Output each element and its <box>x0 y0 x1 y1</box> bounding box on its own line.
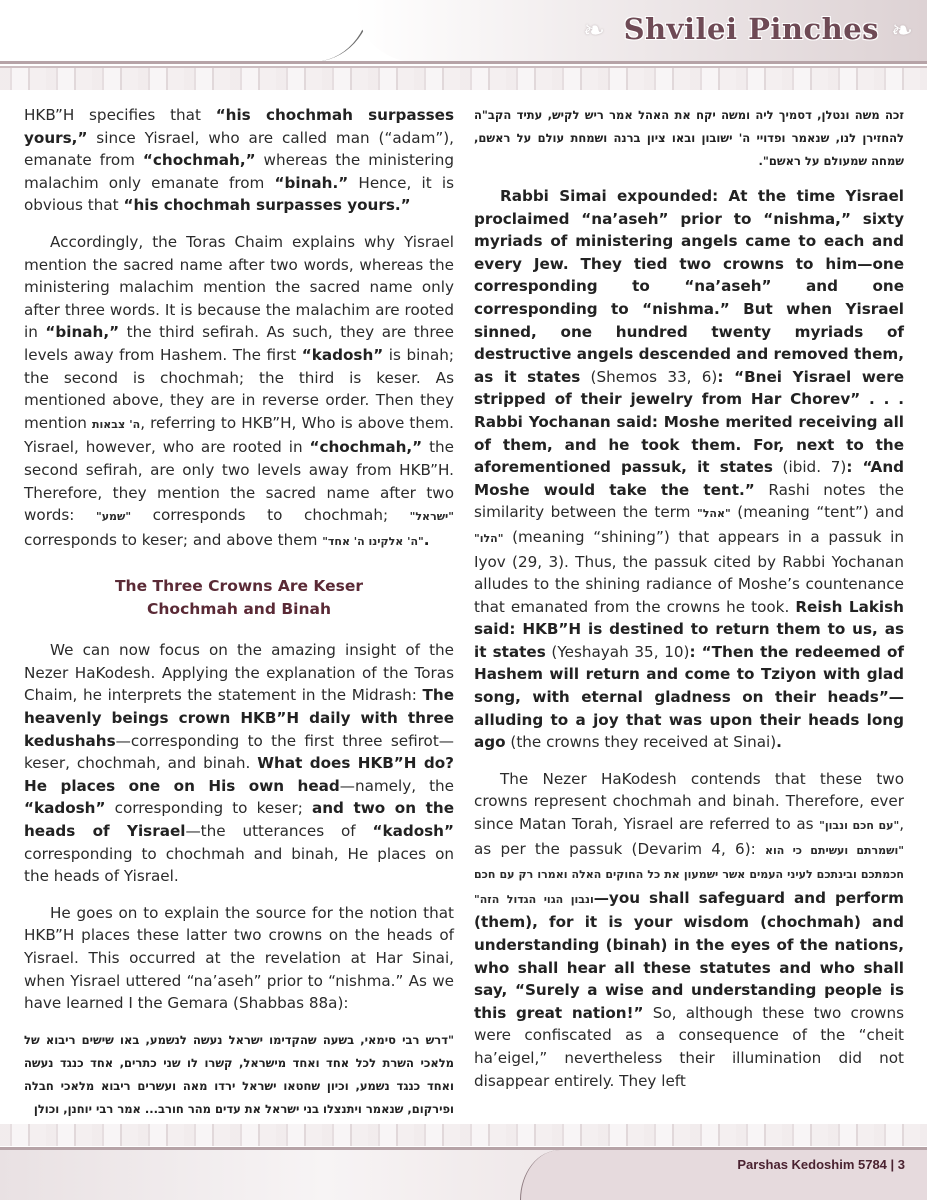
hebrew-text: "אהל" <box>697 507 731 520</box>
bold-text: “binah.” <box>275 174 349 192</box>
bold-text: “his chochmah surpasses yours.” <box>123 196 410 214</box>
publication-title: Shvilei Pinches <box>624 12 879 46</box>
footer-ornament-border <box>0 1124 927 1146</box>
swirl-ornament-icon: ❧ <box>891 16 913 46</box>
text: corresponding to keser; <box>105 799 311 817</box>
text: We can now focus on the amazing insight … <box>24 641 454 704</box>
text: corresponds to keser; and above them <box>24 531 322 549</box>
right-column: זכה משה ונטלן, דסמיך ליה ומשה יקח את האה… <box>474 104 904 1106</box>
text: (meaning “tent”) and <box>731 503 904 521</box>
bold-text: . <box>776 733 782 751</box>
page-header: ❧ Shvilei Pinches ❧ <box>0 0 927 100</box>
bold-text: Rabbi Simai expounded: At the time Yisra… <box>474 187 904 386</box>
bold-text: “kadosh” <box>302 346 383 364</box>
paragraph: The Nezer HaKodesh contends that these t… <box>474 768 904 1092</box>
hebrew-quote: "דרש רבי סימאי, בשעה שהקדימו ישראל נעשה … <box>24 1029 454 1121</box>
header-ornament-border <box>0 68 927 90</box>
bold-text: “binah,” <box>45 323 119 341</box>
page-footer-label: Parshas Kedoshim 5784 | 3 <box>737 1157 905 1172</box>
text: (the crowns they received at Sinai) <box>506 733 777 751</box>
hebrew-text: "שמע" <box>96 510 131 523</box>
bold-text: —you shall safeguard and perform (them),… <box>474 889 904 1022</box>
paragraph: He goes on to explain the source for the… <box>24 902 454 1015</box>
left-column: HKB”H specifies that “his chochmah surpa… <box>24 104 454 1133</box>
bold-text: “chochmah,” <box>143 151 256 169</box>
citation: (Yeshayah 35, 10) <box>546 643 690 661</box>
bold-text: “kadosh” <box>24 799 105 817</box>
hebrew-text: "הלו" <box>474 532 503 545</box>
text: —the utterances of <box>185 822 372 840</box>
section-heading-line: The Three Crowns Are Keser <box>24 575 454 598</box>
citation: (ibid. 7) <box>773 458 846 476</box>
text: —namely, the <box>340 777 454 795</box>
section-heading-line: Chochmah and Binah <box>24 598 454 621</box>
hebrew-text: ה' צבאות <box>92 418 140 431</box>
text: corresponds to chochmah; <box>131 506 410 524</box>
paragraph: We can now focus on the amazing insight … <box>24 639 454 888</box>
text: . <box>424 531 430 549</box>
paragraph: Accordingly, the Toras Chaim explains wh… <box>24 231 454 553</box>
section-heading: The Three Crowns Are Keser Chochmah and … <box>24 575 454 621</box>
text: corresponding to chochmah and binah, He … <box>24 845 454 886</box>
paragraph: Rabbi Simai expounded: At the time Yisra… <box>474 185 904 754</box>
hebrew-quote: זכה משה ונטלן, דסמיך ליה ומשה יקח את האה… <box>474 104 904 173</box>
hebrew-text: "ישראל" <box>410 510 454 523</box>
text: HKB”H specifies that <box>24 106 216 124</box>
swirl-ornament-icon: ❧ <box>583 16 605 46</box>
header-rule <box>0 61 927 64</box>
hebrew-text: "עם חכם ונבון" <box>819 819 899 832</box>
bold-text: “kadosh” <box>373 822 454 840</box>
citation: (Shemos 33, 6) <box>580 368 717 386</box>
hebrew-text: "ה' אלקינו ה' אחד" <box>322 535 424 548</box>
bold-text: “chochmah,” <box>309 438 422 456</box>
paragraph: HKB”H specifies that “his chochmah surpa… <box>24 104 454 217</box>
